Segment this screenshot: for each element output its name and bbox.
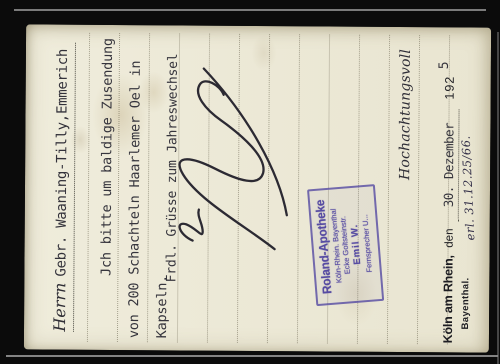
district-label: Bayenthal.: [460, 277, 471, 329]
den-label: den: [444, 228, 456, 247]
photo-frame-line-top: [14, 9, 486, 11]
postcard-photo: HerrnGebr. Waaning-Tilly,Emmerich Jch bi…: [0, 0, 500, 364]
order-line-2: von 200 Schachteln Haarlemer Oel in: [120, 38, 150, 338]
photo-frame-line-right: [497, 32, 499, 364]
pharmacy-stamp: Roland-Apotheke Köln-Rhein. Bayenthal Ec…: [307, 184, 384, 306]
city-label: Köln am Rhein,: [441, 255, 456, 343]
ruled-line: [417, 35, 420, 344]
handwritten-signature: [158, 62, 294, 263]
date-blank: 30. Dezember: [440, 109, 460, 221]
typed-year-digit: 5: [437, 61, 452, 69]
ruled-line: [297, 34, 300, 343]
postcard-face: HerrnGebr. Waaning-Tilly,Emmerich Jch bi…: [24, 24, 491, 352]
order-line-1: Jch bitte um baldige Zusendung: [92, 38, 122, 338]
recipient-name: Gebr. Waaning-Tilly,Emmerich: [53, 49, 71, 277]
photo-frame-line-bottom: [6, 355, 498, 357]
dateline: Köln am Rhein, den 30. Dezember 192 5: [439, 61, 460, 343]
postcard: HerrnGebr. Waaning-Tilly,Emmerich Jch bi…: [24, 24, 491, 352]
ruled-line: [87, 33, 90, 342]
ruled-line: [387, 35, 390, 344]
handwritten-annotation: erl. 31.12.25/66.: [459, 135, 478, 241]
printed-year: 192: [443, 76, 457, 100]
closing-line: Hochachtungsvoll: [397, 49, 414, 180]
salutation-label: Herrn: [50, 283, 69, 332]
address-line: HerrnGebr. Waaning-Tilly,Emmerich: [50, 43, 76, 332]
typed-date: 30. Dezember: [441, 123, 457, 207]
